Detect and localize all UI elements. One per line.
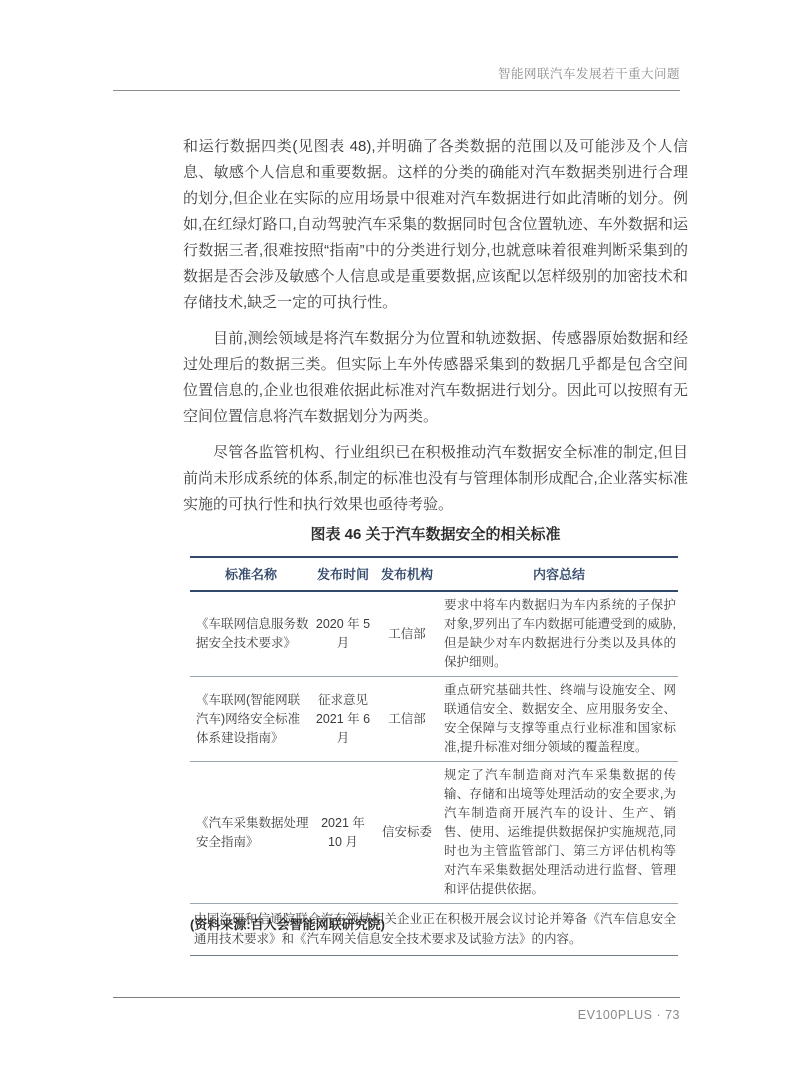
cell-publish-date: 征求意见 2021 年 6 月	[312, 677, 374, 762]
figure-caption: 图表 46 关于汽车数据安全的相关标准	[183, 523, 688, 544]
document-page: 智能网联汽车发展若干重大问题 和运行数据四类(见图表 48),并明确了各类数据的…	[0, 0, 793, 1077]
table-row: 《车联网信息服务数据安全技术要求》 2020 年 5 月 工信部 要求中将车内数…	[190, 591, 678, 677]
paragraph: 目前,测绘领域是将汽车数据分为位置和轨迹数据、传感器原始数据和经过处理后的数据三…	[183, 326, 688, 430]
column-header-standard-name: 标准名称	[190, 557, 312, 591]
source-note: (资料来源:百人会智能网联研究院)	[190, 914, 385, 933]
table-header-row: 标准名称 发布时间 发布机构 内容总结	[190, 557, 678, 591]
cell-summary: 重点研究基础共性、终端与设施安全、网联通信安全、数据安全、应用服务安全、安全保障…	[440, 677, 678, 762]
cell-standard-name: 《汽车采集数据处理安全指南》	[190, 762, 312, 904]
cell-agency: 信安标委	[374, 762, 440, 904]
footer-rule	[113, 997, 680, 998]
table-row: 《汽车采集数据处理安全指南》 2021 年 10 月 信安标委 规定了汽车制造商…	[190, 762, 678, 904]
cell-publish-date: 2020 年 5 月	[312, 591, 374, 677]
cell-publish-date: 2021 年 10 月	[312, 762, 374, 904]
column-header-summary: 内容总结	[440, 557, 678, 591]
running-header-title: 智能网联汽车发展若干重大问题	[113, 64, 680, 82]
body-text-block: 和运行数据四类(见图表 48),并明确了各类数据的范围以及可能涉及个人信息、敏感…	[183, 134, 688, 518]
cell-standard-name: 《车联网(智能网联汽车)网络安全标准体系建设指南》	[190, 677, 312, 762]
cell-summary: 规定了汽车制造商对汽车采集数据的传输、存储和出境等处理活动的安全要求,为汽车制造…	[440, 762, 678, 904]
paragraph: 尽管各监管机构、行业组织已在积极推动汽车数据安全标准的制定,但目前尚未形成系统的…	[183, 440, 688, 518]
cell-agency: 工信部	[374, 677, 440, 762]
column-header-publish-agency: 发布机构	[374, 557, 440, 591]
cell-summary: 要求中将车内数据归为车内系统的子保护对象,罗列出了车内数据可能遭受到的威胁,但是…	[440, 591, 678, 677]
cell-agency: 工信部	[374, 591, 440, 677]
cell-standard-name: 《车联网信息服务数据安全技术要求》	[190, 591, 312, 677]
page-number-label: EV100PLUS · 73	[113, 1008, 680, 1022]
header-rule	[113, 90, 680, 91]
table-header: 标准名称 发布时间 发布机构 内容总结	[190, 557, 678, 591]
table-row: 《车联网(智能网联汽车)网络安全标准体系建设指南》 征求意见 2021 年 6 …	[190, 677, 678, 762]
paragraph: 和运行数据四类(见图表 48),并明确了各类数据的范围以及可能涉及个人信息、敏感…	[183, 134, 688, 316]
standards-table: 标准名称 发布时间 发布机构 内容总结 《车联网信息服务数据安全技术要求》 20…	[190, 556, 678, 956]
column-header-publish-date: 发布时间	[312, 557, 374, 591]
